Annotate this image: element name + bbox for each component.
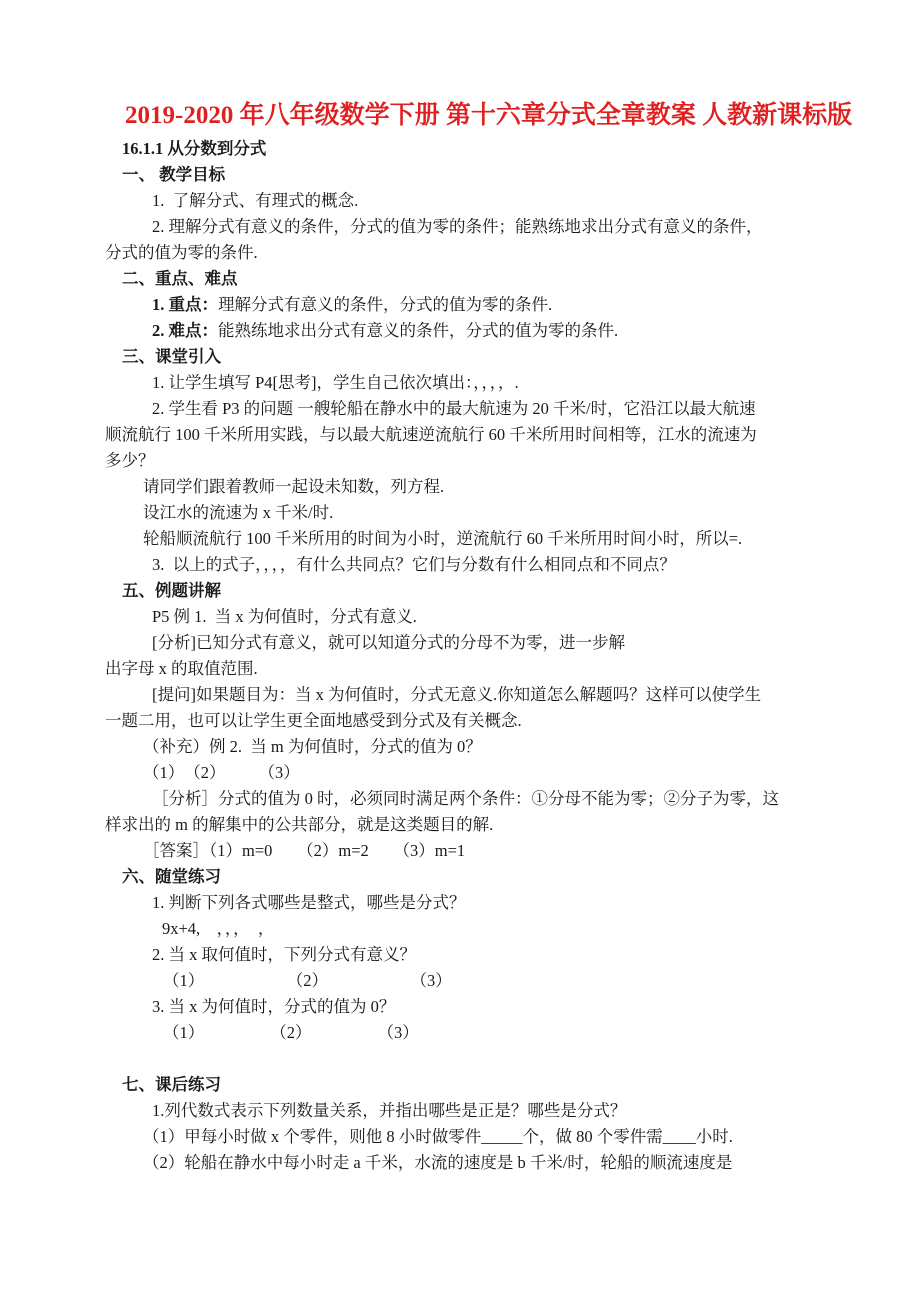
text-run: 出字母 x 的取值范围. [105, 659, 258, 678]
text-run: 二、重点、难点 [122, 269, 238, 288]
text-run: 理解分式有意义的条件，分式的值为零的条件. [218, 295, 552, 314]
section-heading-6: 六、随堂练习 [122, 864, 880, 890]
text-run: （1） （2） （3） [143, 763, 300, 782]
text-run: （1） （2） （3） [163, 971, 452, 990]
doc-line: 1. 判断下列各式哪些是整式，哪些是分式？ [152, 890, 880, 916]
doc-line: ［分析］分式的值为 0 时，必须同时满足两个条件：①分母不能为零；②分子为零，这 [152, 786, 880, 812]
text-run: 1. 了解分式、有理式的概念. [152, 191, 358, 210]
doc-line: （1） （2） （3） [163, 1020, 880, 1046]
doc-line: 顺流航行 100 千米所用实践，与以最大航速逆流航行 60 千米所用时间相等，江… [105, 422, 880, 448]
text-run: 顺流航行 100 千米所用实践，与以最大航速逆流航行 60 千米所用时间相等，江… [105, 425, 757, 444]
text-run: 16.1.1 从分数到分式 [122, 139, 266, 158]
text-run: 分式的值为零的条件. [105, 243, 258, 262]
doc-line: 分式的值为零的条件. [105, 240, 880, 266]
section-heading-7: 七、课后练习 [122, 1072, 880, 1098]
doc-line: 1. 了解分式、有理式的概念. [152, 188, 880, 214]
text-run: 2. 当 x 取何值时，下列分式有意义？ [152, 945, 416, 964]
text-run: 六、随堂练习 [122, 867, 221, 886]
doc-line: 请同学们跟着教师一起设未知数，列方程. [143, 474, 880, 500]
text-run: 9x+4, ，，， ， [162, 919, 274, 938]
doc-line: [分析]已知分式有意义，就可以知道分式的分母不为零，进一步解 [152, 630, 880, 656]
subtitle: 16.1.1 从分数到分式 [122, 136, 880, 162]
text-run: 1. 重点： [152, 295, 218, 314]
section-heading-3: 三、课堂引入 [122, 344, 880, 370]
doc-line: （2）轮船在静水中每小时走 a 千米，水流的速度是 b 千米/时，轮船的顺流速度… [143, 1150, 880, 1176]
section-heading-1: 一、 教学目标 [122, 162, 880, 188]
text-run: （补充）例 2. 当 m 为何值时，分式的值为 0？ [143, 737, 482, 756]
doc-line: 样求出的 m 的解集中的公共部分，就是这类题目的解. [105, 812, 880, 838]
doc-line: [提问]如果题目为：当 x 为何值时，分式无意义.你知道怎么解题吗？这样可以使学… [152, 682, 880, 708]
doc-line: 2. 理解分式有意义的条件，分式的值为零的条件；能熟练地求出分式有意义的条件， [152, 214, 880, 240]
doc-line: 出字母 x 的取值范围. [105, 656, 880, 682]
doc-line: （1） （2） （3） [143, 760, 880, 786]
text-run: （1）甲每小时做 x 个零件，则他 8 小时做零件_____个，做 80 个零件… [143, 1127, 733, 1146]
text-run: （1） （2） （3） [163, 1023, 419, 1042]
text-run: 设江水的流速为 x 千米/时. [143, 503, 333, 522]
text-run: 样求出的 m 的解集中的公共部分，就是这类题目的解. [105, 815, 493, 834]
text-run: ［分析］分式的值为 0 时，必须同时满足两个条件：①分母不能为零；②分子为零，这 [152, 789, 779, 808]
doc-line: 1.列代数式表示下列数量关系，并指出哪些是正是？哪些是分式？ [152, 1098, 880, 1124]
text-run: [提问]如果题目为：当 x 为何值时，分式无意义.你知道怎么解题吗？这样可以使学… [152, 685, 761, 704]
text-run: 1. 让学生填写 P4[思考]，学生自己依次填出：，，，，. [152, 373, 519, 392]
text-run: 1. 判断下列各式哪些是整式，哪些是分式？ [152, 893, 466, 912]
doc-line: 一题二用，也可以让学生更全面地感受到分式及有关概念. [105, 708, 880, 734]
text-run: 一题二用，也可以让学生更全面地感受到分式及有关概念. [105, 711, 522, 730]
text-run: 2. 理解分式有意义的条件，分式的值为零的条件；能熟练地求出分式有意义的条件， [152, 217, 763, 236]
doc-line: 3. 以上的式子，，，，有什么共同点？它们与分数有什么相同点和不同点？ [152, 552, 880, 578]
text-run: 能熟练地求出分式有意义的条件，分式的值为零的条件. [218, 321, 618, 340]
section-heading-2: 二、重点、难点 [122, 266, 880, 292]
text-run: 2. 学生看 P3 的问题 一艘轮船在静水中的最大航速为 20 千米/时，它沿江… [152, 399, 756, 418]
doc-line: 2. 难点：能熟练地求出分式有意义的条件，分式的值为零的条件. [152, 318, 880, 344]
doc-line: 2. 学生看 P3 的问题 一艘轮船在静水中的最大航速为 20 千米/时，它沿江… [152, 396, 880, 422]
doc-line: 轮船顺流航行 100 千米所用的时间为小时，逆流航行 60 千米所用时间小时，所… [143, 526, 880, 552]
text-run: 1.列代数式表示下列数量关系，并指出哪些是正是？哪些是分式？ [152, 1101, 626, 1120]
text-run: （2）轮船在静水中每小时走 a 千米，水流的速度是 b 千米/时，轮船的顺流速度… [143, 1153, 732, 1172]
doc-line: 设江水的流速为 x 千米/时. [143, 500, 880, 526]
doc-line [105, 1046, 880, 1072]
doc-line: 多少？ [105, 448, 880, 474]
text-run: [分析]已知分式有意义，就可以知道分式的分母不为零，进一步解 [152, 633, 625, 652]
text-run: 2. 难点： [152, 321, 218, 340]
doc-line: 1. 让学生填写 P4[思考]，学生自己依次填出：，，，，. [152, 370, 880, 396]
text-run: 七、课后练习 [122, 1075, 221, 1094]
doc-line: ［答案］（1）m=0 （2）m=2 （3）m=1 [143, 838, 880, 864]
text-run: 多少？ [105, 451, 155, 470]
doc-line: P5 例 1. 当 x 为何值时，分式有意义. [152, 604, 880, 630]
text-run: 轮船顺流航行 100 千米所用的时间为小时，逆流航行 60 千米所用时间小时，所… [143, 529, 742, 548]
text-run: 三、课堂引入 [122, 347, 221, 366]
doc-line: 9x+4, ，，， ， [162, 916, 880, 942]
text-run: P5 例 1. 当 x 为何值时，分式有意义. [152, 607, 417, 626]
doc-line: 2. 当 x 取何值时，下列分式有意义？ [152, 942, 880, 968]
doc-line: （1） （2） （3） [163, 968, 880, 994]
document-page: 2019-2020 年八年级数学下册 第十六章分式全章教案 人教新课标版16.1… [0, 0, 920, 1302]
section-heading-5: 五、例题讲解 [122, 578, 880, 604]
text-run: 一、 教学目标 [122, 165, 225, 184]
text-run: 五、例题讲解 [122, 581, 221, 600]
doc-line: （补充）例 2. 当 m 为何值时，分式的值为 0？ [143, 734, 880, 760]
doc-line: 1. 重点：理解分式有意义的条件，分式的值为零的条件. [152, 292, 880, 318]
text-run: 2019-2020 年八年级数学下册 第十六章分式全章教案 人教新课标版 [125, 102, 852, 129]
text-run: 3. 当 x 为何值时，分式的值为 0？ [152, 997, 395, 1016]
doc-line: （1）甲每小时做 x 个零件，则他 8 小时做零件_____个，做 80 个零件… [143, 1124, 880, 1150]
text-run: ［答案］（1）m=0 （2）m=2 （3）m=1 [143, 841, 465, 860]
text-run [105, 1049, 109, 1068]
doc-title: 2019-2020 年八年级数学下册 第十六章分式全章教案 人教新课标版 [125, 100, 880, 136]
text-run: 3. 以上的式子，，，，有什么共同点？它们与分数有什么相同点和不同点？ [152, 555, 676, 574]
text-run: 请同学们跟着教师一起设未知数，列方程. [143, 477, 444, 496]
doc-line: 3. 当 x 为何值时，分式的值为 0？ [152, 994, 880, 1020]
